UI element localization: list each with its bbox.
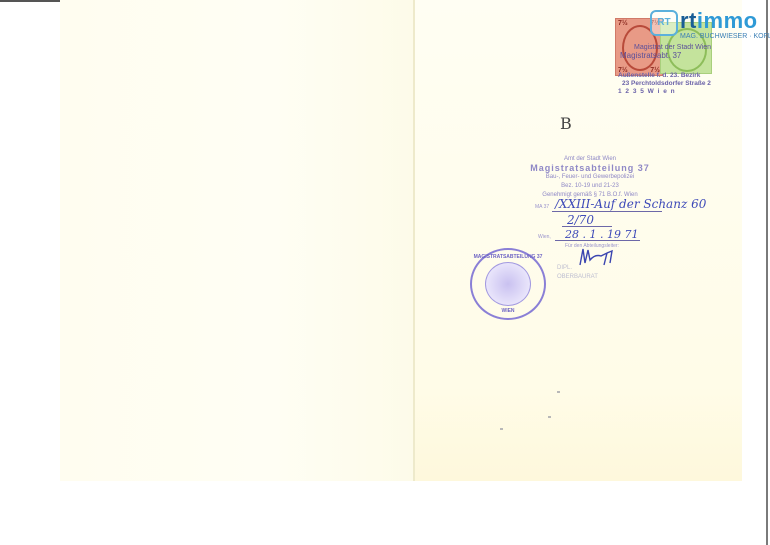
stamp-value: 7½	[618, 20, 628, 27]
underline	[552, 211, 662, 212]
left-page	[60, 0, 413, 481]
office-address: Außenstelle f. d. 23. Bezirk 23 Perchtol…	[618, 72, 711, 96]
official-seal: MAGISTRATSABTEILUNG 37 WIEN	[470, 248, 546, 320]
magistrat-title: Magistratsabteilung 37	[520, 164, 660, 173]
file-number: 2/70	[567, 213, 594, 227]
underline	[562, 226, 612, 227]
ma-label: MA 37	[535, 204, 549, 210]
logo-badge-icon: RT	[650, 10, 678, 36]
stamp-cancellation: Magistrat der Stadt Wien Magistratsabt. …	[620, 44, 711, 60]
scan-right-edge	[766, 0, 768, 545]
speck	[557, 391, 560, 393]
magistrat-stamp: Amt der Stadt Wien Magistratsabteilung 3…	[520, 155, 660, 200]
underline	[555, 240, 640, 241]
scan-top-edge	[0, 0, 60, 2]
speck	[500, 428, 503, 430]
file-reference: /XXIII-Auf der Schanz 60	[555, 197, 706, 211]
speck	[548, 416, 551, 418]
eagle-emblem-icon	[485, 262, 531, 306]
handwritten-letter-mark: B	[560, 114, 572, 133]
city-label: Wien,	[538, 234, 551, 240]
logo-subtitle: MAG. BUCHWIESER · KOFLER	[680, 33, 770, 40]
title-stamp: DIPL. OBERBAURAT	[557, 264, 598, 282]
logo-wordmark: rtimmo	[680, 8, 758, 34]
